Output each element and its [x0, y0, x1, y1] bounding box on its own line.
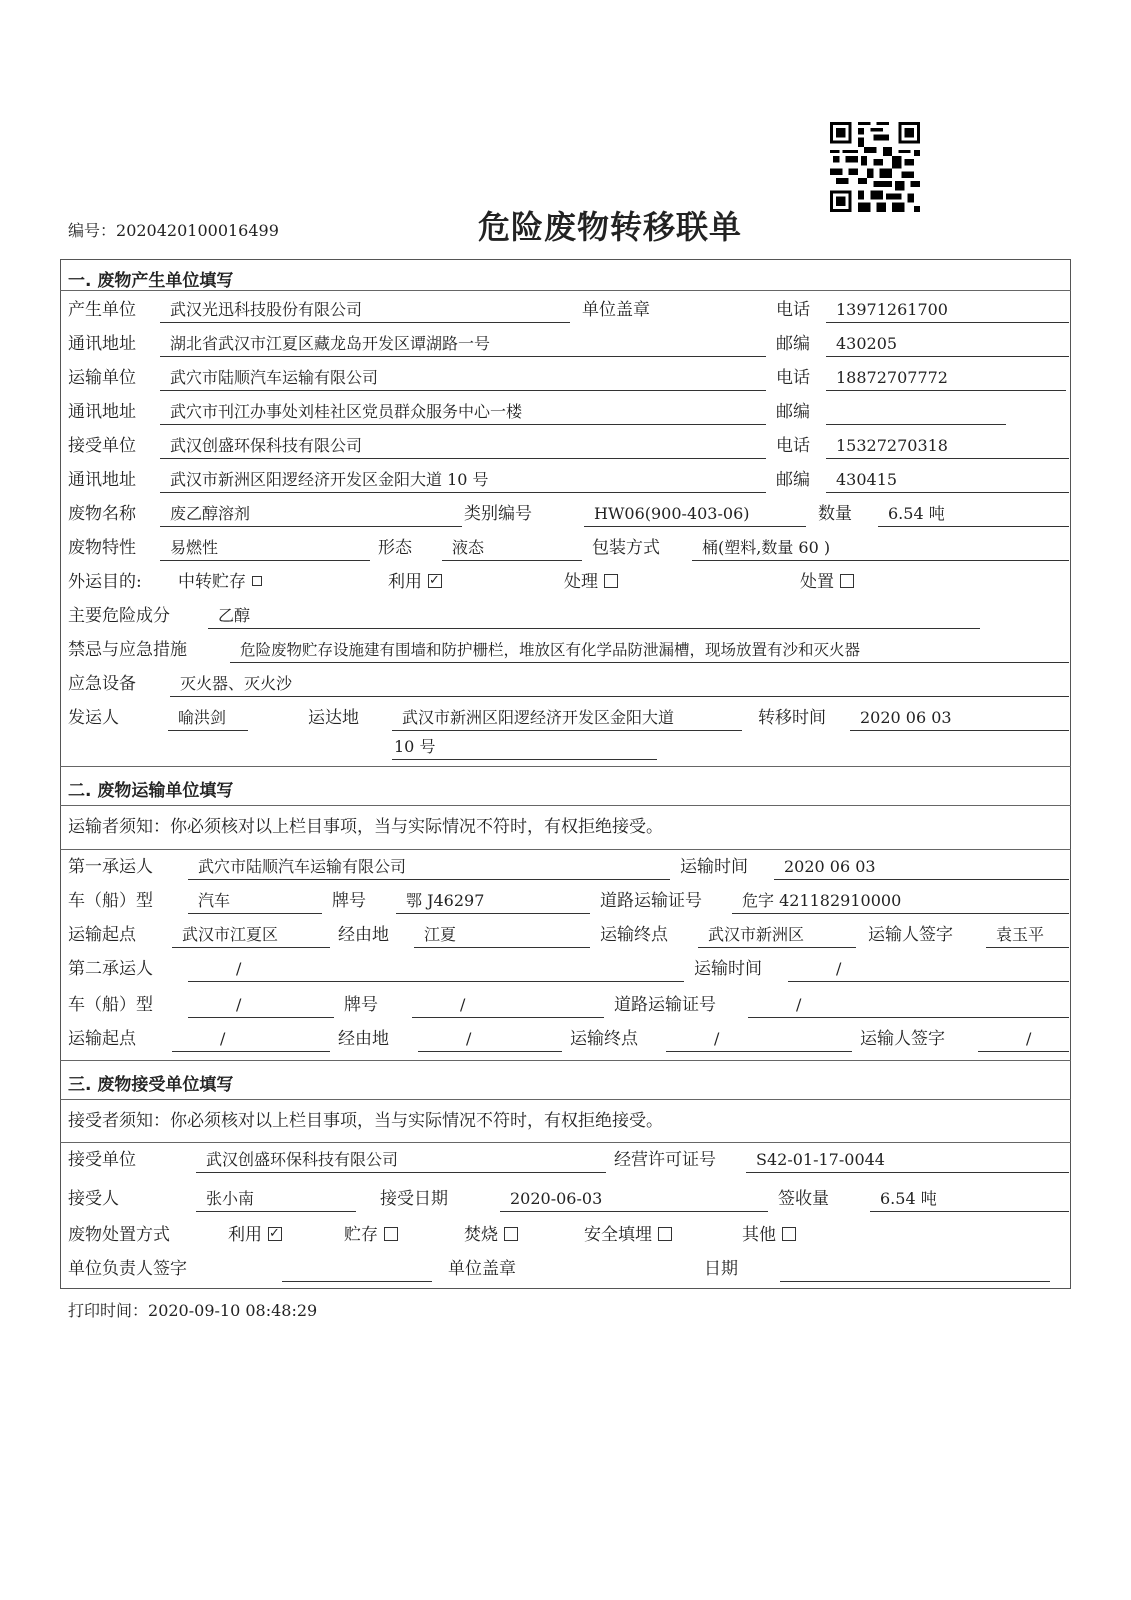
start1-label: 运输起点 [68, 924, 136, 946]
receiver-label: 接受单位 [68, 435, 136, 457]
transporter-field[interactable]: 武穴市陆顺汽车运输有限公司 [160, 367, 766, 391]
end1-label: 运输终点 [600, 924, 668, 946]
carrier2-label: 第二承运人 [68, 958, 153, 980]
transporter-zip-label: 邮编 [776, 401, 810, 423]
measures-field[interactable]: 危险废物贮存设施建有围墙和防护栅栏，堆放区有化学品防泄漏槽，现场放置有沙和灭火器 [230, 639, 1069, 663]
via1-label: 经由地 [338, 924, 389, 946]
receiver-zip-field[interactable]: 430415 [826, 469, 1069, 493]
end1-field[interactable]: 武汉市新洲区 [698, 924, 856, 948]
equipment-label: 应急设备 [68, 673, 136, 695]
plate1-label: 牌号 [332, 890, 366, 912]
plate2-field[interactable]: / [412, 994, 604, 1018]
divider [60, 1060, 1071, 1061]
doc-number: 编号：2020420100016499 [68, 218, 279, 241]
permit1-field[interactable]: 危字 421182910000 [732, 890, 1069, 914]
transfer-time-label: 转移时间 [758, 707, 826, 729]
hazard-label: 主要危险成分 [68, 605, 170, 627]
vehicle1-label: 车（船）型 [68, 890, 153, 912]
via2-field[interactable]: / [418, 1028, 562, 1052]
sign1-label: 运输人签字 [868, 924, 953, 946]
start1-field[interactable]: 武汉市江夏区 [172, 924, 330, 948]
receiver-field[interactable]: 武汉创盛环保科技有限公司 [160, 435, 766, 459]
via2-label: 经由地 [338, 1028, 389, 1050]
vehicle2-field[interactable]: / [188, 994, 334, 1018]
time1-field[interactable]: 2020 06 03 [774, 856, 1069, 880]
start2-label: 运输起点 [68, 1028, 136, 1050]
section2-heading: 二. 废物运输单位填写 [68, 776, 233, 801]
checkbox-icon[interactable] [384, 1227, 398, 1241]
option-label: 安全填埋 [584, 1225, 652, 1245]
checkbox-icon[interactable] [782, 1227, 796, 1241]
sign2-field[interactable]: / [978, 1028, 1069, 1052]
checkbox-icon[interactable] [840, 574, 854, 588]
amount-label: 签收量 [778, 1188, 829, 1210]
seal3-label: 单位盖章 [448, 1258, 516, 1280]
head-sign-field[interactable] [282, 1258, 432, 1282]
permit2-field[interactable]: / [748, 994, 1069, 1018]
print-time-label: 打印时间： [68, 1301, 148, 1320]
vehicle2-label: 车（船）型 [68, 994, 153, 1016]
license-field[interactable]: S42-01-17-0044 [746, 1149, 1069, 1173]
measures-label: 禁忌与应急措施 [68, 639, 187, 661]
divider [60, 1142, 1071, 1143]
form-label: 形态 [378, 537, 412, 559]
option-label: 利用 [388, 572, 422, 592]
shipper-label: 发运人 [68, 707, 119, 729]
option-label: 中转贮存 [178, 572, 246, 592]
receiver-phone-field[interactable]: 15327270318 [826, 435, 1069, 459]
disposal-option-utilization[interactable]: 利用 [228, 1224, 282, 1246]
destination-field-line2[interactable]: 10 号 [392, 736, 657, 760]
producer-zip-label: 邮编 [776, 333, 810, 355]
quantity-field[interactable]: 6.54 吨 [878, 503, 1069, 527]
print-time-value: 2020-09-10 08:48:29 [148, 1301, 317, 1320]
purpose-option-treatment[interactable]: 处理 [564, 571, 618, 593]
purpose-label: 外运目的: [68, 571, 142, 593]
producer-field[interactable]: 武汉光迅科技股份有限公司 [160, 299, 570, 323]
option-label: 其他 [742, 1225, 776, 1245]
carrier1-field[interactable]: 武穴市陆顺汽车运输有限公司 [188, 856, 670, 880]
divider [60, 290, 1071, 291]
permit2-label: 道路运输证号 [614, 994, 716, 1016]
checkbox-icon[interactable] [604, 574, 618, 588]
sign1-field[interactable]: 袁玉平 [986, 924, 1069, 948]
sign-date-label: 日期 [704, 1258, 738, 1280]
quantity-label: 数量 [818, 503, 852, 525]
receiver-address-field[interactable]: 武汉市新洲区阳逻经济开发区金阳大道 10 号 [160, 469, 766, 493]
carrier2-field[interactable]: / [188, 958, 684, 982]
plate2-label: 牌号 [344, 994, 378, 1016]
transporter-phone-field[interactable]: 18872707772 [826, 367, 1066, 391]
destination-field[interactable]: 武汉市新洲区阳逻经济开发区金阳大道 [392, 707, 742, 731]
checkbox-checked-icon[interactable] [268, 1227, 282, 1241]
receive-date-label: 接受日期 [380, 1188, 448, 1210]
property-label: 废物特性 [68, 537, 136, 559]
transfer-time-field[interactable]: 2020 06 03 [850, 707, 1069, 731]
packaging-field[interactable]: 桶(塑料,数量 60 ) [692, 537, 1069, 561]
receiver-address-label: 通讯地址 [68, 469, 136, 491]
checkbox-icon[interactable] [658, 1227, 672, 1241]
section3-heading: 三. 废物接受单位填写 [68, 1070, 233, 1095]
sign2-label: 运输人签字 [860, 1028, 945, 1050]
transport-notice: 运输者须知：你必须核对以上栏目事项，当与实际情况不符时，有权拒绝接受。 [68, 816, 663, 838]
packaging-label: 包装方式 [592, 537, 660, 559]
time1-label: 运输时间 [680, 856, 748, 878]
checkbox-icon[interactable] [252, 576, 262, 586]
disposal-label: 废物处置方式 [68, 1224, 170, 1246]
via1-field[interactable]: 江夏 [414, 924, 590, 948]
transporter-zip-field[interactable] [826, 401, 1006, 425]
section1-heading: 一. 废物产生单位填写 [68, 266, 233, 291]
receiver-person-field[interactable]: 张小南 [196, 1188, 356, 1212]
end2-field[interactable]: / [666, 1028, 852, 1052]
producer-address-field[interactable]: 湖北省武汉市江夏区藏龙岛开发区谭湖路一号 [160, 333, 766, 357]
doc-number-label: 编号： [68, 221, 116, 240]
time2-field[interactable]: / [788, 958, 1069, 982]
divider [60, 849, 1071, 850]
disposal-option-incineration[interactable]: 焚烧 [464, 1224, 518, 1246]
checkbox-icon[interactable] [504, 1227, 518, 1241]
producer-label: 产生单位 [68, 299, 136, 321]
sign-date-field[interactable] [780, 1258, 1050, 1282]
time2-label: 运输时间 [694, 958, 762, 980]
transporter-address-label: 通讯地址 [68, 401, 136, 423]
purpose-option-transfer-storage[interactable]: 中转贮存 [178, 571, 262, 593]
receive-unit-label: 接受单位 [68, 1149, 136, 1171]
qr-code-icon [830, 122, 920, 212]
destination-label: 运达地 [308, 707, 359, 729]
equipment-field[interactable]: 灭火器、灭火沙 [170, 673, 1069, 697]
waste-name-field[interactable]: 废乙醇溶剂 [160, 503, 462, 527]
receive-notice: 接受者须知：你必须核对以上栏目事项，当与实际情况不符时，有权拒绝接受。 [68, 1110, 663, 1132]
divider [60, 805, 1071, 806]
checkbox-checked-icon[interactable] [428, 574, 442, 588]
shipper-field[interactable]: 喻洪剑 [168, 707, 248, 731]
doc-number-value: 2020420100016499 [116, 221, 279, 240]
receive-date-field[interactable]: 2020-06-03 [500, 1188, 768, 1212]
vehicle1-field[interactable]: 汽车 [188, 890, 322, 914]
option-label: 利用 [228, 1225, 262, 1245]
print-time: 打印时间：2020-09-10 08:48:29 [68, 1298, 317, 1321]
producer-address-label: 通讯地址 [68, 333, 136, 355]
permit1-label: 道路运输证号 [600, 890, 702, 912]
category-field[interactable]: HW06(900-403-06) [584, 503, 806, 527]
disposal-option-other[interactable]: 其他 [742, 1224, 796, 1246]
category-label: 类别编号 [464, 503, 532, 525]
disposal-option-landfill[interactable]: 安全填埋 [584, 1224, 672, 1246]
start2-field[interactable]: / [172, 1028, 330, 1052]
receiver-person-label: 接受人 [68, 1188, 119, 1210]
amount-field[interactable]: 6.54 吨 [870, 1188, 1069, 1212]
option-label: 焚烧 [464, 1225, 498, 1245]
divider [60, 1099, 1071, 1100]
producer-phone-field[interactable]: 13971261700 [826, 299, 1069, 323]
purpose-option-disposal[interactable]: 处置 [800, 571, 854, 593]
disposal-option-storage[interactable]: 贮存 [344, 1224, 398, 1246]
divider [60, 766, 1071, 767]
option-label: 处置 [800, 572, 834, 592]
end2-label: 运输终点 [570, 1028, 638, 1050]
receiver-zip-label: 邮编 [776, 469, 810, 491]
carrier1-label: 第一承运人 [68, 856, 153, 878]
producer-phone-label: 电话 [776, 299, 810, 321]
head-sign-label: 单位负责人签字 [68, 1258, 187, 1280]
property-field[interactable]: 易燃性 [160, 537, 370, 561]
producer-zip-field[interactable]: 430205 [826, 333, 1069, 357]
license-label: 经营许可证号 [614, 1149, 716, 1171]
transporter-address-field[interactable]: 武穴市刊江办事处刘桂社区党员群众服务中心一楼 [160, 401, 766, 425]
waste-name-label: 废物名称 [68, 503, 136, 525]
receive-unit-field[interactable]: 武汉创盛环保科技有限公司 [196, 1149, 606, 1173]
receiver-phone-label: 电话 [776, 435, 810, 457]
purpose-option-utilization[interactable]: 利用 [388, 571, 442, 593]
option-label: 贮存 [344, 1225, 378, 1245]
transporter-phone-label: 电话 [776, 367, 810, 389]
page-title: 危险废物转移联单 [478, 202, 742, 248]
hazard-field[interactable]: 乙醇 [208, 605, 980, 629]
option-label: 处理 [564, 572, 598, 592]
transporter-label: 运输单位 [68, 367, 136, 389]
form-field[interactable]: 液态 [442, 537, 582, 561]
plate1-field[interactable]: 鄂 J46297 [396, 890, 590, 914]
seal-label: 单位盖章 [582, 299, 650, 321]
